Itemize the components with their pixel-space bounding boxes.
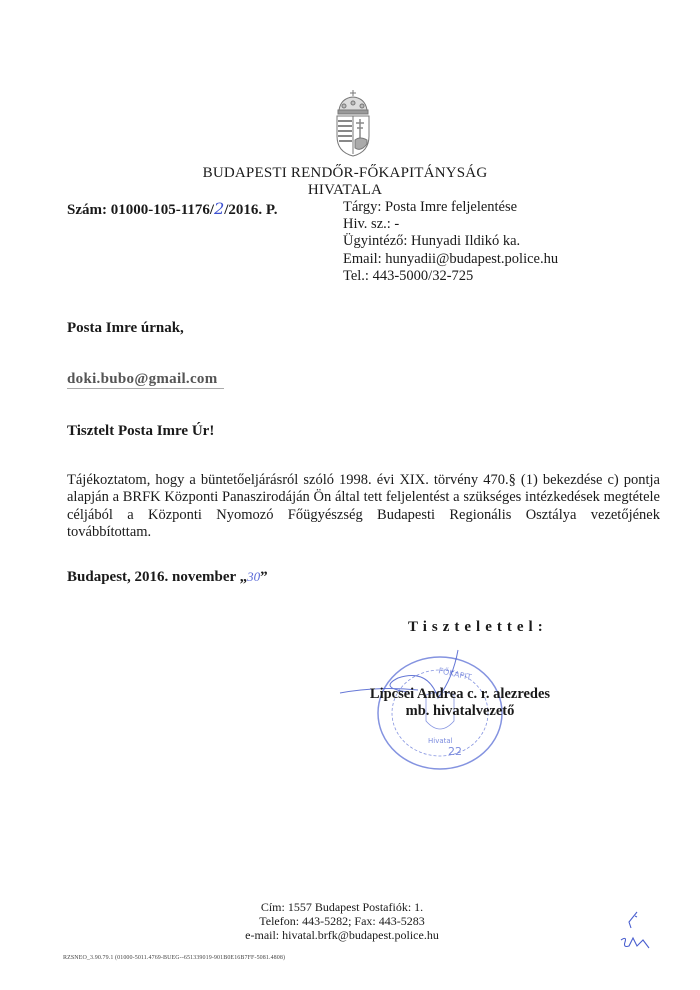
svg-text:FŐKAPIT: FŐKAPIT (438, 665, 473, 682)
letter-body: Tájékoztatom, hogy a büntetőeljárásról s… (67, 472, 660, 541)
signer-name: Lipcsei Andrea c. r. alezredes (330, 686, 590, 703)
subject-line: Tárgy: Posta Imre feljelentése (343, 199, 558, 216)
org-name: BUDAPESTI RENDŐR-FŐKAPITÁNYSÁG (0, 165, 690, 182)
letter-meta: Tárgy: Posta Imre feljelentése Hiv. sz.:… (343, 199, 558, 285)
footer-address: Cím: 1557 Budapest Postafiók: 1. (0, 900, 692, 914)
handler-phone-line: Tel.: 443-5000/32-725 (343, 268, 558, 285)
reference-suffix: /2016. P. (224, 202, 277, 218)
reference-prefix: Szám: 01000-105-1176/ (67, 202, 214, 218)
document-id: RZSNEO_3.90.79.1 (01000-5011.4769-BUEG--… (63, 955, 285, 961)
svg-text:22: 22 (448, 745, 462, 758)
footer: Cím: 1557 Budapest Postafiók: 1. Telefon… (0, 900, 700, 942)
closing: Tisztelettel: (408, 619, 548, 636)
date-prefix: Budapest, 2016. november „ (67, 569, 247, 585)
reference-number: Szám: 01000-105-1176/2/2016. P. (67, 199, 277, 219)
footer-email: e-mail: hivatal.brfk@budapest.police.hu (0, 928, 692, 942)
salutation: Tisztelt Posta Imre Úr! (67, 423, 214, 440)
handler-line: Ügyintéző: Hunyadi Ildikó ka. (343, 233, 558, 250)
footer-phone-fax: Telefon: 443-5282; Fax: 443-5283 (0, 914, 692, 928)
org-subtitle: HIVATALA (0, 182, 690, 199)
handwritten-initials-icon (615, 908, 665, 958)
date-line: Budapest, 2016. november „30” (67, 569, 268, 586)
date-handwritten-day: 30 (247, 569, 260, 584)
recipient-email: doki.bubo@gmail.com (67, 371, 224, 389)
signature-block: Lipcsei Andrea c. r. alezredes mb. hivat… (330, 686, 590, 720)
handler-email-line: Email: hunyadii@budapest.police.hu (343, 251, 558, 268)
recipient: Posta Imre úrnak, (67, 320, 184, 337)
svg-text:Hivatal: Hivatal (428, 737, 453, 745)
signer-title: mb. hivatalvezető (330, 703, 590, 720)
reference-handwritten: 2 (214, 199, 224, 218)
date-suffix: ” (260, 569, 268, 585)
coat-of-arms-icon (331, 88, 375, 158)
ref-no-line: Hiv. sz.: - (343, 216, 558, 233)
